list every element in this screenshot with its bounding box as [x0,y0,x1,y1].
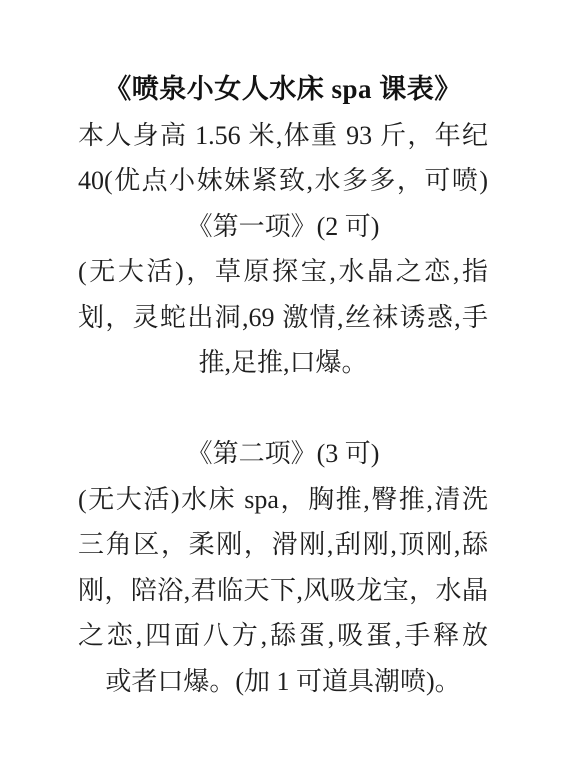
document-page: 《喷泉小女人水床 spa 课表》 本人身高 1.56 米,体重 93 斤，年纪 … [0,0,566,760]
doc-line-section1-1: (无大活)，草原探宝,水晶之恋,指 [78,249,488,295]
doc-section2-heading: 《第二项》(3 可) [78,431,488,477]
doc-line-section2-3: 刚，陪浴,君临天下,风吸龙宝，水晶 [78,568,488,614]
doc-line-section2-5: 或者口爆。(加 1 可道具潮喷)。 [78,659,488,705]
doc-blank-line [78,386,488,432]
doc-line-intro-1: 本人身高 1.56 米,体重 93 斤，年纪 [78,113,488,159]
doc-title: 《喷泉小女人水床 spa 课表》 [78,67,488,113]
doc-line-intro-2: 40(优点小妹妹紧致,水多多，可喷) [78,158,488,204]
document-body: 《喷泉小女人水床 spa 课表》 本人身高 1.56 米,体重 93 斤，年纪 … [78,67,488,704]
doc-line-section2-2: 三角区，柔刚，滑刚,刮刚,顶刚,舔 [78,522,488,568]
doc-line-section1-3: 推,足推,口爆。 [78,340,488,386]
doc-line-section2-1: (无大活)水床 spa，胸推,臀推,清洗 [78,477,488,523]
doc-section1-heading: 《第一项》(2 可) [78,204,488,250]
doc-line-section2-4: 之恋,四面八方,舔蛋,吸蛋,手释放 [78,613,488,659]
doc-line-section1-2: 划，灵蛇出洞,69 激情,丝袜诱惑,手 [78,295,488,341]
